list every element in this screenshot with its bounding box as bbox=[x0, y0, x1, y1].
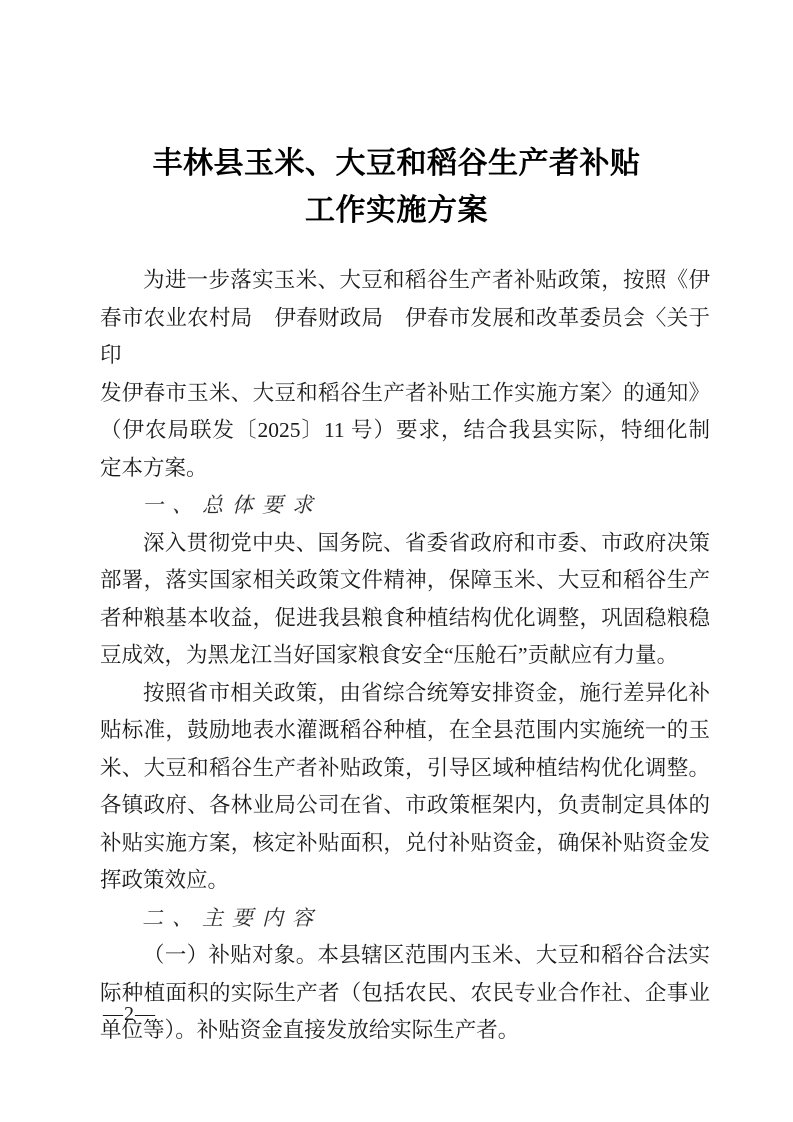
text-line: 春市农业农村局 伊春财政局 伊春市发展和改革委员会〈关于印 bbox=[100, 300, 710, 375]
text-line: （伊农局联发〔2025〕11 号）要求，结合我县实际，特细化制 bbox=[100, 412, 710, 450]
section-heading: 二、主要内容 bbox=[100, 900, 710, 938]
text-line: 挥政策效应。 bbox=[100, 862, 710, 900]
text-line: 单位等）。补贴资金直接发放给实际生产者。 bbox=[100, 1012, 710, 1050]
page-number: —2— bbox=[103, 1003, 156, 1026]
document-body: 为进一步落实玉米、大豆和稻谷生产者补贴政策，按照《伊春市农业农村局 伊春财政局 … bbox=[100, 262, 710, 1050]
document-title: 丰林县玉米、大豆和稻谷生产者补贴 工作实施方案 bbox=[95, 0, 698, 234]
text-line: （一）补贴对象。本县辖区范围内玉米、大豆和稻谷合法实 bbox=[100, 937, 710, 975]
text-line: 各镇政府、各林业局公司在省、市政策框架内，负责制定具体的 bbox=[100, 787, 710, 825]
text-line: 深入贯彻党中央、国务院、省委省政府和市委、市政府决策 bbox=[100, 525, 710, 563]
text-line: 米、大豆和稻谷生产者补贴政策，引导区域种植结构优化调整。 bbox=[100, 750, 710, 788]
section-heading: 一、总体要求 bbox=[100, 487, 710, 525]
text-line: 发伊春市玉米、大豆和稻谷生产者补贴工作实施方案〉的通知》 bbox=[100, 375, 710, 413]
text-line: 者种粮基本收益，促进我县粮食种植结构优化调整，巩固稳粮稳 bbox=[100, 600, 710, 638]
text-line: 部署，落实国家相关政策文件精神，保障玉米、大豆和稻谷生产 bbox=[100, 562, 710, 600]
document-title-line2: 工作实施方案 bbox=[95, 187, 698, 234]
text-line: 补贴实施方案，核定补贴面积，兑付补贴资金，确保补贴资金发 bbox=[100, 825, 710, 863]
text-line: 定本方案。 bbox=[100, 450, 710, 488]
text-line: 豆成效，为黑龙江当好国家粮食安全“压舱石”贡献应有力量。 bbox=[100, 637, 710, 675]
document-title-line1: 丰林县玉米、大豆和稻谷生产者补贴 bbox=[95, 140, 698, 187]
text-line: 按照省市相关政策，由省综合统筹安排资金，施行差异化补 bbox=[100, 675, 710, 713]
document-page: 丰林县玉米、大豆和稻谷生产者补贴 工作实施方案 为进一步落实玉米、大豆和稻谷生产… bbox=[0, 0, 793, 1122]
text-line: 为进一步落实玉米、大豆和稻谷生产者补贴政策，按照《伊 bbox=[100, 262, 710, 300]
text-line: 际种植面积的实际生产者（包括农民、农民专业合作社、企事业 bbox=[100, 975, 710, 1013]
text-line: 贴标准，鼓励地表水灌溉稻谷种植，在全县范围内实施统一的玉 bbox=[100, 712, 710, 750]
